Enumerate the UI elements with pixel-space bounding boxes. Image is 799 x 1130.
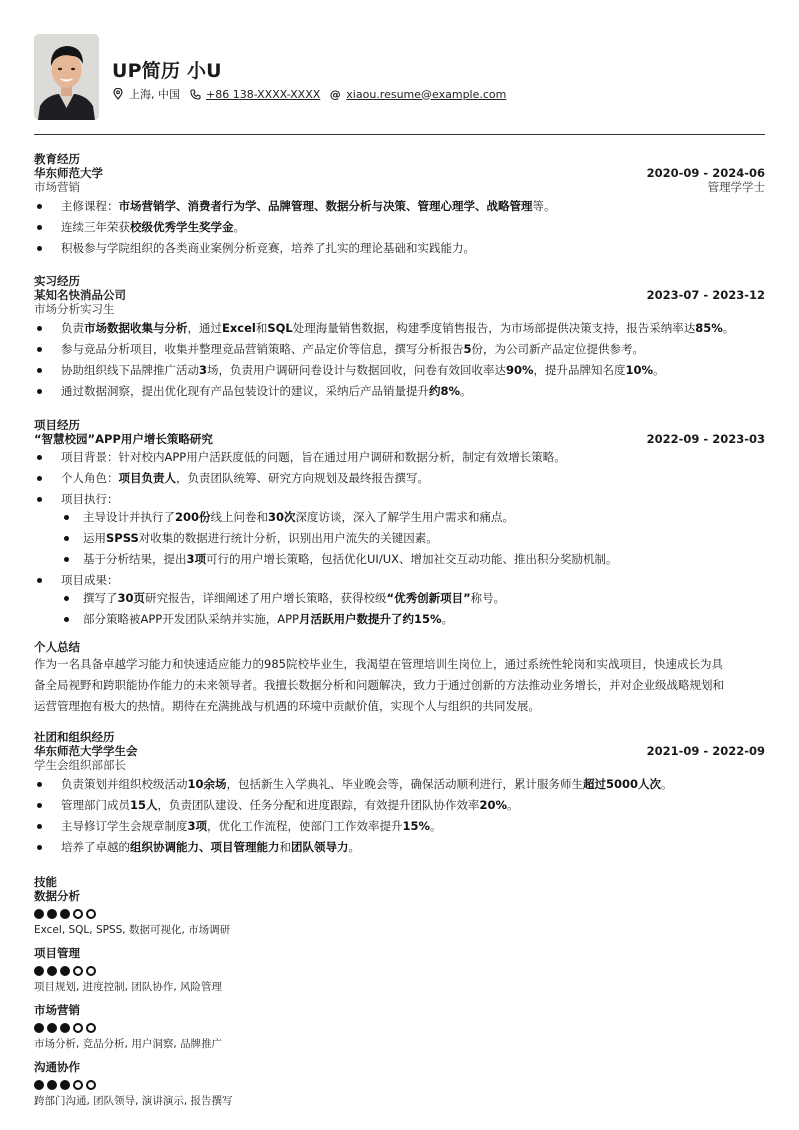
internship-bullets: 负责市场数据收集与分析，通过Excel和SQL处理海量销售数据，构建季度销售报告… [34,321,765,399]
section-title: 技能 [34,875,765,889]
empty-dot-icon [86,909,96,919]
contact-info: 上海, 中国 +86 138-XXXX-XXXX @ xiaou.resume@… [112,86,515,102]
skill-level-rating [34,1080,765,1090]
phone-link[interactable]: +86 138-XXXX-XXXX [206,88,320,101]
company-name: 某知名快消品公司 [34,288,126,302]
resume-header: UP简历 小U 上海, 中国 +86 138-XXXX-XXXX @ xiaou… [34,34,765,120]
skills-list: 数据分析Excel, SQL, SPSS, 数据可视化, 市场调研项目管理项目规… [34,889,765,1108]
skill-item: 数据分析Excel, SQL, SPSS, 数据可视化, 市场调研 [34,889,765,937]
list-item: 部分策略被APP开发团队采纳并实施，APP月活跃用户数提升了约15%。 [61,612,765,627]
skill-name: 数据分析 [34,889,765,903]
filled-dot-icon [60,966,70,976]
list-item: 主导修订学生会规章制度3项，优化工作流程，使部门工作效率提升15%。 [34,819,765,834]
skills-section: 技能 数据分析Excel, SQL, SPSS, 数据可视化, 市场调研项目管理… [34,875,765,1117]
club-role: 学生会组织部部长 [34,758,765,773]
skill-level-rating [34,1023,765,1033]
list-item: 主修课程：市场营销学、消费者行为学、品牌管理、数据分析与决策、管理心理学、战略管… [34,199,765,214]
degree: 管理学学士 [708,180,766,195]
skill-item: 项目管理项目规划, 进度控制, 团队协作, 风险管理 [34,946,765,994]
list-item: 连续三年荣获校级优秀学生奖学金。 [34,220,765,235]
filled-dot-icon [34,1080,44,1090]
location: 上海, 中国 [112,86,180,102]
section-title: 社团和组织经历 [34,730,765,744]
list-item: 主导设计并执行了200份线上问卷和30次深度访谈，深入了解学生用户需求和痛点。 [61,510,765,525]
skill-level-rating [34,966,765,976]
list-item: 项目成果： 撰写了30页研究报告，详细阐述了用户增长策略，获得校级“优秀创新项目… [34,573,765,627]
email-link[interactable]: xiaou.resume@example.com [346,88,506,101]
education-date: 2020-09 - 2024-06 [647,166,765,180]
phone[interactable]: +86 138-XXXX-XXXX [189,88,320,101]
list-item: 负责市场数据收集与分析，通过Excel和SQL处理海量销售数据，构建季度销售报告… [34,321,765,336]
school-name: 华东师范大学 [34,166,103,180]
skill-keywords: 跨部门沟通, 团队领导, 演讲演示, 报告撰写 [34,1095,765,1108]
at-sign-icon: @ [329,88,341,100]
project-section: 项目经历 “智慧校园”APP用户增长策略研究 2022-09 - 2023-03… [34,418,765,633]
filled-dot-icon [47,966,57,976]
list-item: 积极参与学院组织的各类商业案例分析竞赛，培养了扎实的理论基础和实践能力。 [34,241,765,256]
filled-dot-icon [47,1080,57,1090]
filled-dot-icon [60,909,70,919]
skill-keywords: 市场分析, 竞品分析, 用户洞察, 品牌推广 [34,1038,765,1051]
summary-text: 作为一名具备卓越学习能力和快速适应能力的985院校毕业生，我渴望在管理培训生岗位… [34,654,765,717]
education-bullets: 主修课程：市场营销学、消费者行为学、品牌管理、数据分析与决策、管理心理学、战略管… [34,199,765,256]
internship-role: 市场分析实习生 [34,302,765,317]
filled-dot-icon [34,1023,44,1033]
skill-item: 市场营销市场分析, 竞品分析, 用户洞察, 品牌推广 [34,1003,765,1051]
skill-name: 市场营销 [34,1003,765,1017]
skill-item: 沟通协作跨部门沟通, 团队领导, 演讲演示, 报告撰写 [34,1060,765,1108]
filled-dot-icon [60,1080,70,1090]
club-bullets: 负责策划并组织校级活动10余场，包括新生入学典礼、毕业晚会等，确保活动顺利进行，… [34,777,765,855]
profile-photo [34,34,99,120]
empty-dot-icon [73,966,83,976]
section-title: 实习经历 [34,274,765,288]
section-title: 教育经历 [34,152,765,166]
empty-dot-icon [86,1023,96,1033]
email[interactable]: @ xiaou.resume@example.com [329,88,506,101]
internship-section: 实习经历 某知名快消品公司 2023-07 - 2023-12 市场分析实习生 … [34,274,765,405]
empty-dot-icon [86,966,96,976]
project-bullets: 项目背景：针对校内APP用户活跃度低的问题，旨在通过用户调研和数据分析，制定有效… [34,450,765,627]
location-text: 上海, 中国 [129,86,180,102]
filled-dot-icon [47,1023,57,1033]
project-name: “智慧校园”APP用户增长策略研究 [34,432,213,446]
execution-bullets: 主导设计并执行了200份线上问卷和30次深度访谈，深入了解学生用户需求和痛点。 … [61,510,765,567]
candidate-name: UP简历 小U [112,56,222,83]
results-bullets: 撰写了30页研究报告，详细阐述了用户增长策略，获得校级“优秀创新项目”称号。 部… [61,591,765,627]
phone-icon [189,88,201,100]
skill-name: 项目管理 [34,946,765,960]
list-item: 管理部门成员15人，负责团队建设、任务分配和进度跟踪，有效提升团队协作效率20%… [34,798,765,813]
skill-name: 沟通协作 [34,1060,765,1074]
list-item: 项目执行： 主导设计并执行了200份线上问卷和30次深度访谈，深入了解学生用户需… [34,492,765,567]
filled-dot-icon [47,909,57,919]
list-item: 项目背景：针对校内APP用户活跃度低的问题，旨在通过用户调研和数据分析，制定有效… [34,450,765,465]
major: 市场营销 [34,180,80,195]
filled-dot-icon [60,1023,70,1033]
list-item: 个人角色：项目负责人，负责团队统筹、研究方向规划及最终报告撰写。 [34,471,765,486]
header-divider [34,134,765,135]
summary-section: 个人总结 作为一名具备卓越学习能力和快速适应能力的985院校毕业生，我渴望在管理… [34,640,765,717]
map-pin-icon [112,88,124,100]
list-item: 通过数据洞察，提出优化现有产品包装设计的建议，采纳后产品销量提升约8%。 [34,384,765,399]
list-item: 撰写了30页研究报告，详细阐述了用户增长策略，获得校级“优秀创新项目”称号。 [61,591,765,606]
empty-dot-icon [86,1080,96,1090]
section-title: 个人总结 [34,640,765,654]
resume-page: UP简历 小U 上海, 中国 +86 138-XXXX-XXXX @ xiaou… [34,34,765,120]
club-section: 社团和组织经历 华东师范大学学生会 2021-09 - 2022-09 学生会组… [34,730,765,861]
skill-keywords: Excel, SQL, SPSS, 数据可视化, 市场调研 [34,924,765,937]
filled-dot-icon [34,909,44,919]
empty-dot-icon [73,1023,83,1033]
list-item: 基于分析结果，提出3项可行的用户增长策略，包括优化UI/UX、增加社交互动功能、… [61,552,765,567]
club-date: 2021-09 - 2022-09 [647,744,765,758]
list-item: 培养了卓越的组织协调能力、项目管理能力和团队领导力。 [34,840,765,855]
skill-level-rating [34,909,765,919]
skill-keywords: 项目规划, 进度控制, 团队协作, 风险管理 [34,981,765,994]
list-item: 参与竞品分析项目，收集并整理竞品营销策略、产品定价等信息，撰写分析报告5份，为公… [34,342,765,357]
filled-dot-icon [34,966,44,976]
empty-dot-icon [73,909,83,919]
list-item: 运用SPSS对收集的数据进行统计分析，识别出用户流失的关键因素。 [61,531,765,546]
empty-dot-icon [73,1080,83,1090]
list-item: 协助组织线下品牌推广活动3场，负责用户调研问卷设计与数据回收，问卷有效回收率达9… [34,363,765,378]
internship-date: 2023-07 - 2023-12 [647,288,765,302]
education-section: 教育经历 华东师范大学 2020-09 - 2024-06 市场营销 管理学学士… [34,152,765,262]
project-date: 2022-09 - 2023-03 [647,432,765,446]
list-item: 负责策划并组织校级活动10余场，包括新生入学典礼、毕业晚会等，确保活动顺利进行，… [34,777,765,792]
club-org: 华东师范大学学生会 [34,744,138,758]
section-title: 项目经历 [34,418,765,432]
